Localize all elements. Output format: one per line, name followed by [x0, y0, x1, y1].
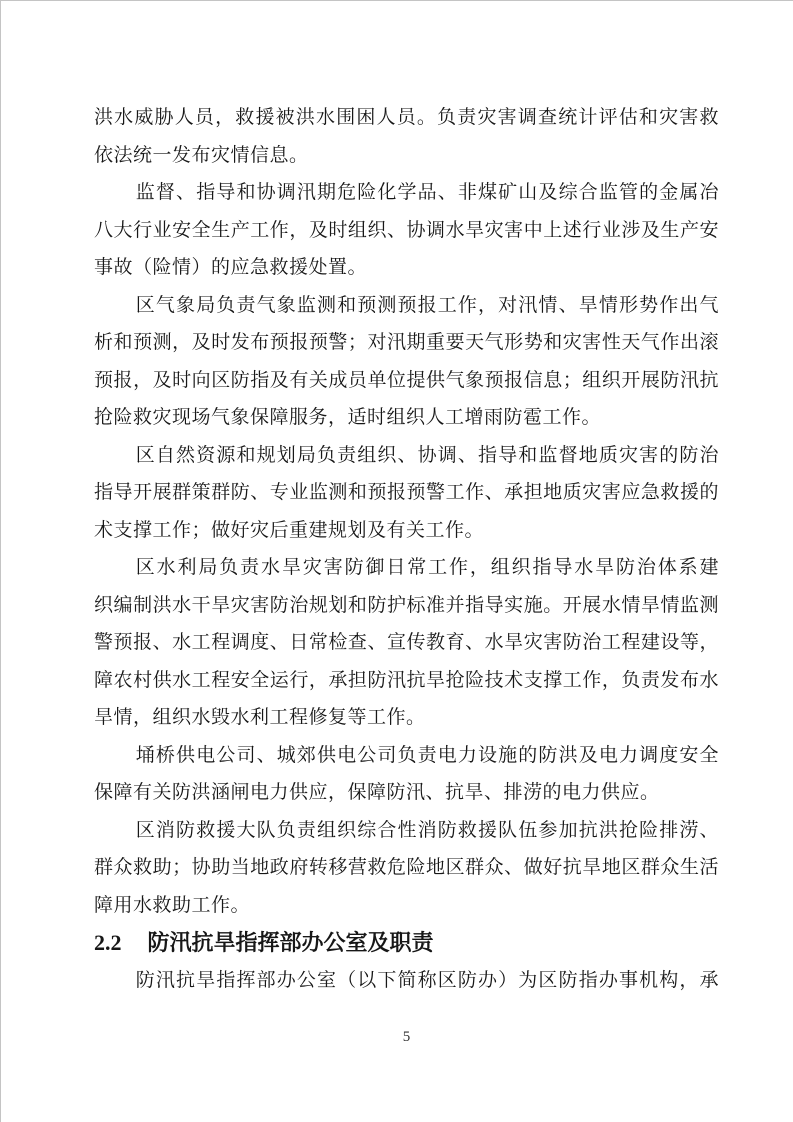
text-line: 预报，及时向区防指及有关成员单位提供气象预报信息；组织开展防汛抗旱 [94, 362, 719, 400]
text-line: 旱情，组织水毁水利工程修复等工作。 [94, 699, 719, 737]
text-line: 保障有关防洪涵闸电力供应，保障防汛、抗旱、排涝的电力供应。 [94, 774, 719, 812]
text-line: 洪水威胁人员，救援被洪水围困人员。负责灾害调查统计评估和灾害救助。 [94, 99, 719, 137]
document-content: 洪水威胁人员，救援被洪水围困人员。负责灾害调查统计评估和灾害救助。依法统一发布灾… [94, 99, 719, 999]
text-line: 警预报、水工程调度、日常检查、宣传教育、水旱灾害防治工程建设等，保 [94, 624, 719, 662]
text-line: 障农村供水工程安全运行，承担防汛抗旱抢险技术支撑工作，负责发布水情 [94, 662, 719, 700]
text-line: 埇桥供电公司、城郊供电公司负责电力设施的防洪及电力调度安全工作， [94, 737, 719, 775]
section-heading: 2.2防汛抗旱指挥部办公室及职责 [94, 924, 719, 962]
heading-number: 2.2 [94, 930, 122, 955]
text-line: 区自然资源和规划局负责组织、协调、指导和监督地质灾害的防治工作， [94, 437, 719, 475]
heading-title: 防汛抗旱指挥部办公室及职责 [148, 930, 434, 955]
text-line: 织编制洪水干旱灾害防治规划和防护标准并指导实施。开展水情旱情监测预 [94, 587, 719, 625]
text-line: 依法统一发布灾情信息。 [94, 137, 719, 175]
document-page: 洪水威胁人员，救援被洪水围困人员。负责灾害调查统计评估和灾害救助。依法统一发布灾… [0, 0, 793, 1122]
text-line: 术支撑工作；做好灾后重建规划及有关工作。 [94, 512, 719, 550]
text-line: 抢险救灾现场气象保障服务，适时组织人工增雨防雹工作。 [94, 399, 719, 437]
text-line: 八大行业安全生产工作，及时组织、协调水旱灾害中上述行业涉及生产安全 [94, 212, 719, 250]
text-line: 区消防救援大队负责组织综合性消防救援队伍参加抗洪抢险排涝、遇险 [94, 812, 719, 850]
page-number: 5 [94, 1029, 719, 1046]
text-line: 障用水救助工作。 [94, 887, 719, 925]
text-line: 防汛抗旱指挥部办公室（以下简称区防办）为区防指办事机构，承担区 [94, 962, 719, 1000]
text-line: 区气象局负责气象监测和预测预报工作，对汛情、旱情形势作出气象分 [94, 287, 719, 325]
text-line: 区水利局负责水旱灾害防御日常工作，组织指导水旱防治体系建设，组 [94, 549, 719, 587]
text-line: 析和预测，及时发布预报预警；对汛期重要天气形势和灾害性天气作出滚动 [94, 324, 719, 362]
text-line: 群众救助；协助当地政府转移营救危险地区群众、做好抗旱地区群众生活保 [94, 849, 719, 887]
text-line: 事故（险情）的应急救援处置。 [94, 249, 719, 287]
text-line: 指导开展群策群防、专业监测和预报预警工作、承担地质灾害应急救援的技 [94, 474, 719, 512]
text-line: 监督、指导和协调汛期危险化学品、非煤矿山及综合监管的金属冶炼等 [94, 174, 719, 212]
